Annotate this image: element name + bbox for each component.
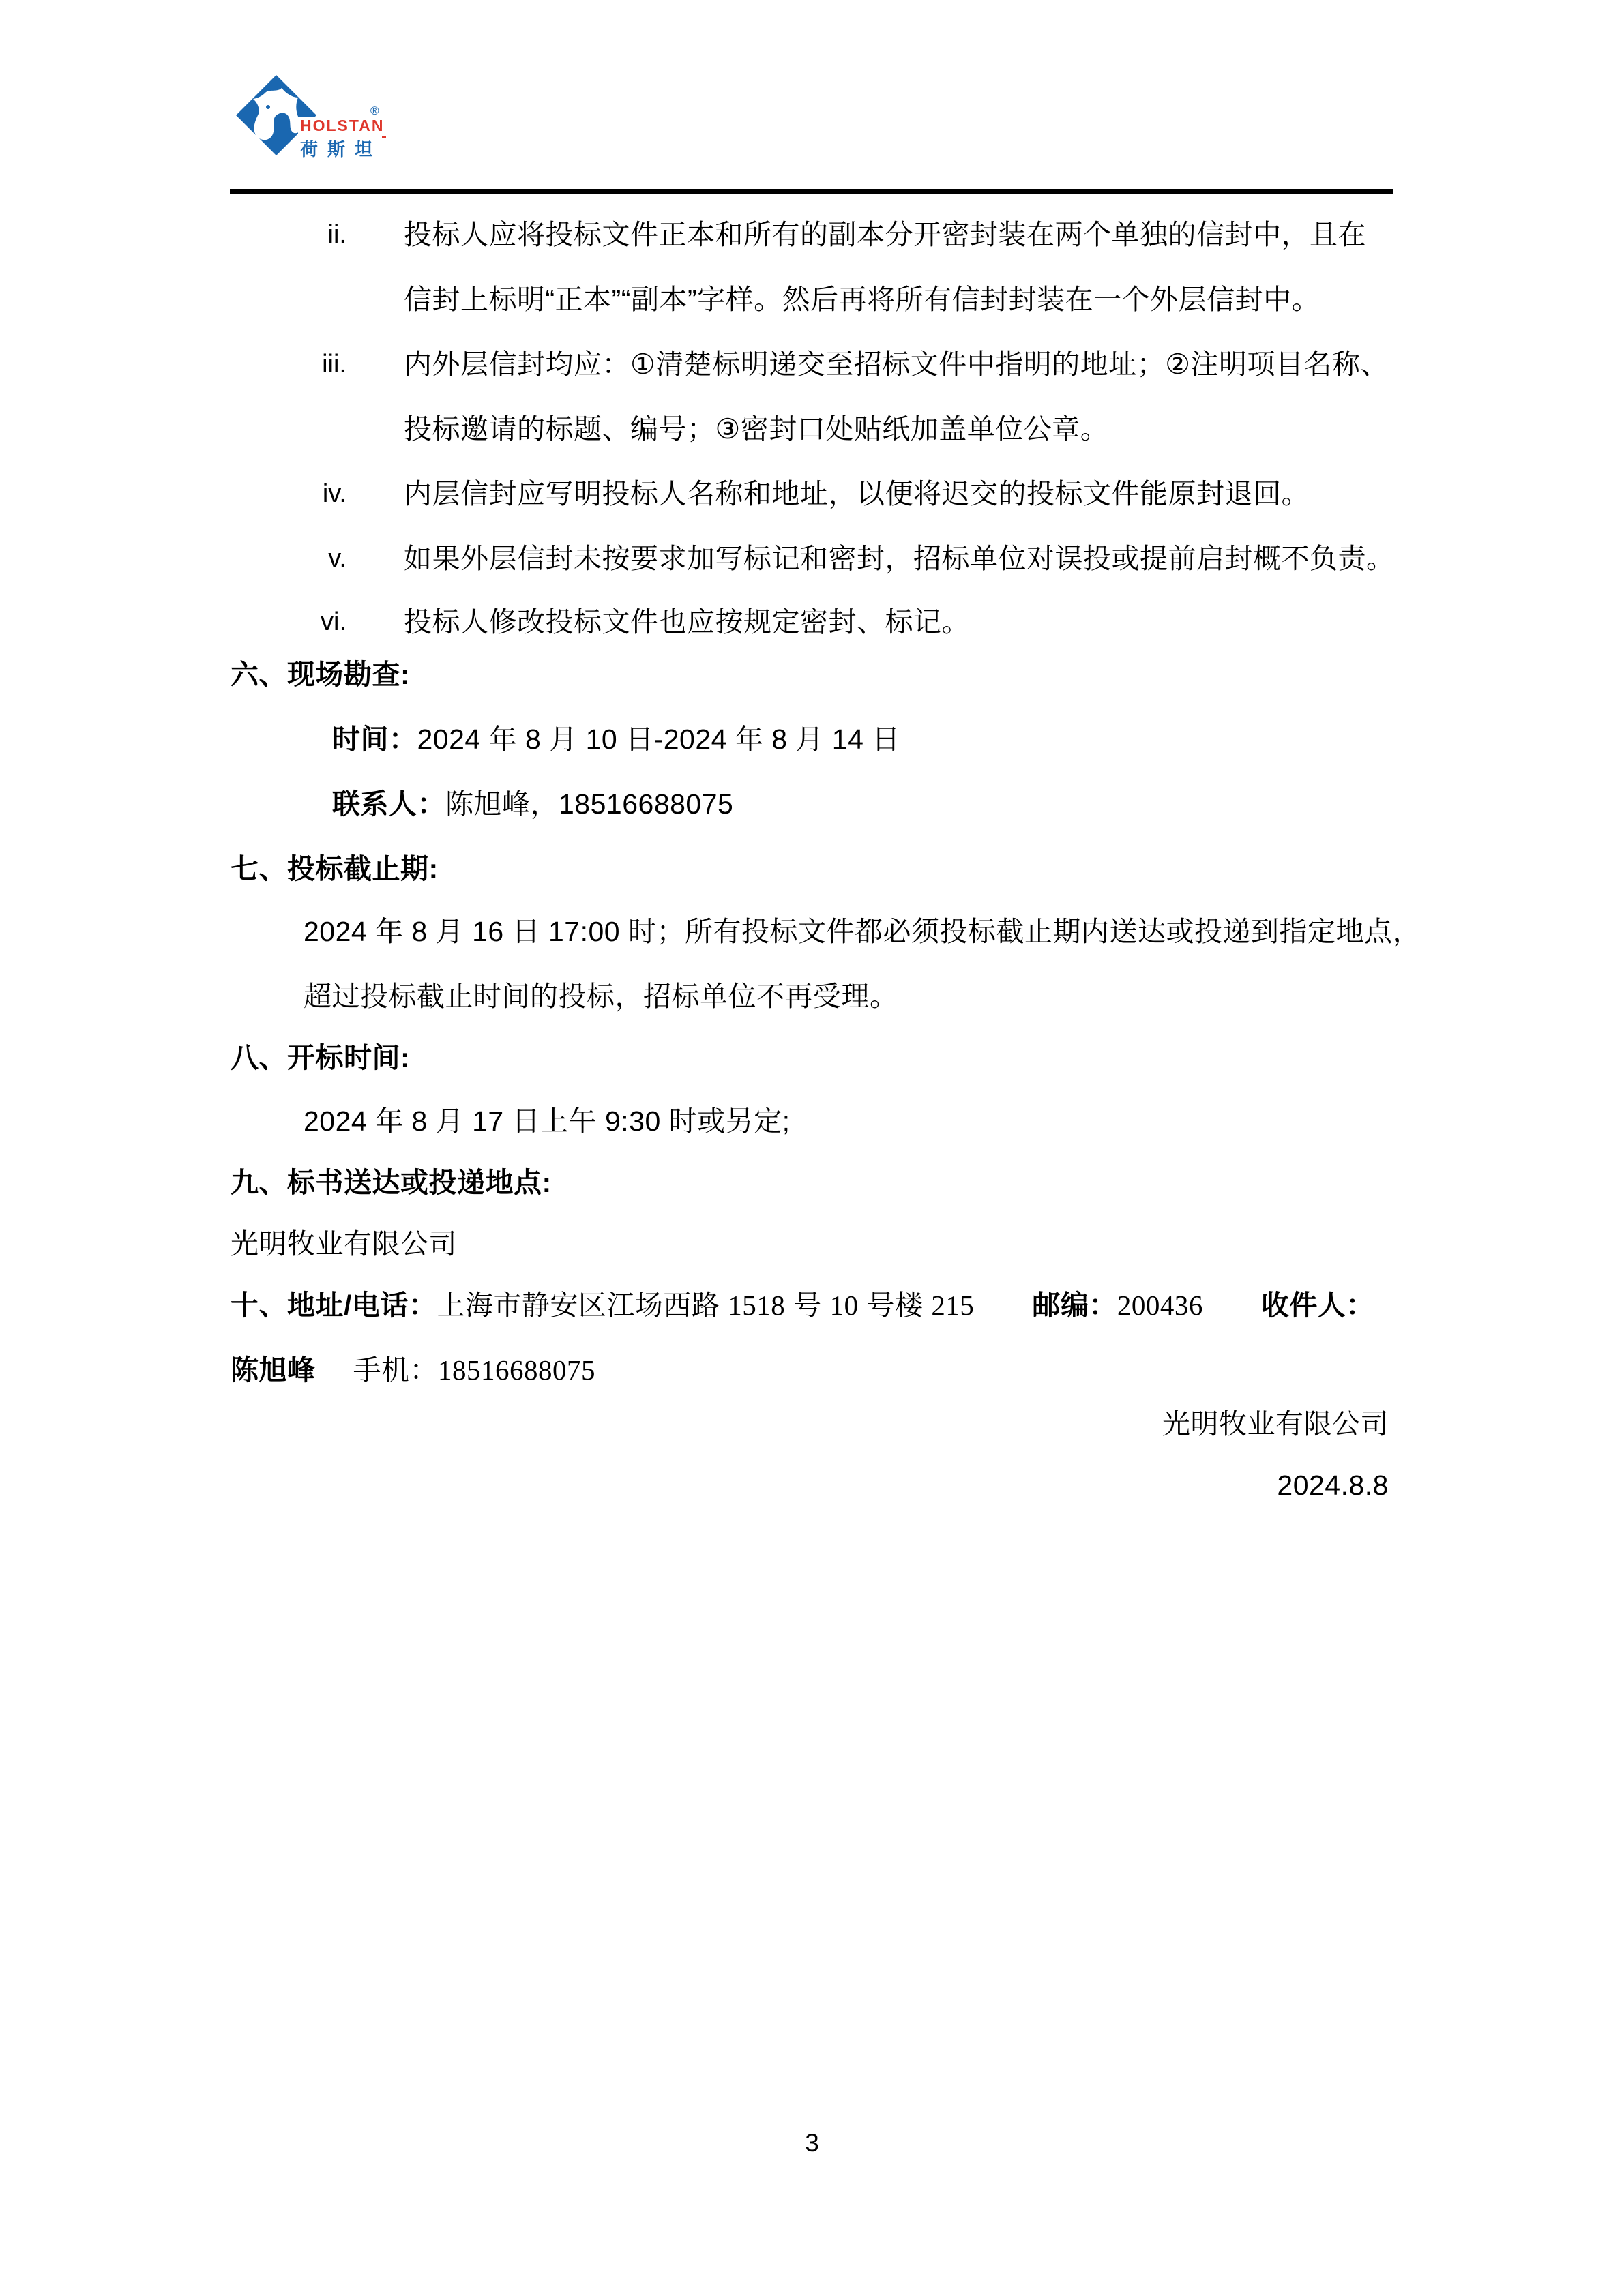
phone-label: 手机： [353,1354,439,1386]
time-value: 2024 年 8 月 10 日-2024 年 8 月 14 日 [417,724,900,755]
section7-line1: 2024 年 8 月 16 日 17:00 时；所有投标文件都必须投标截止期内送… [304,914,1421,949]
address-num1: 1518 [728,1289,785,1321]
section8-heading: 八、开标时间: [231,1040,410,1075]
phone-value: 18516688075 [438,1354,595,1386]
section10-address-line: 十、地址/电话：上海市静安区江场西路 1518 号 10 号楼 215邮编：20… [231,1287,1374,1323]
list-item-iv-line1: 内层信封应写明投标人名称和地址，以便将迟交的投标文件能原封退回。 [404,476,1310,511]
section9-company: 光明牧业有限公司 [231,1226,457,1262]
holstan-logo: ® HOLSTAN 荷斯坦 [234,73,411,162]
registered-trademark-icon: ® [370,104,379,118]
postcode-value: 200436 [1117,1289,1203,1321]
address-part2: 号 [785,1289,829,1321]
section10-heading: 十、地址/电话： [231,1289,437,1321]
list-item-iii-line2: 投标邀请的标题、编号；③密封口处贴纸加盖单位公章。 [404,411,1108,447]
list-item-v-line1: 如果外层信封未按要求加写标记和密封，招标单位对误投或提前启封概不负责。 [404,541,1395,576]
section6-heading: 六、现场勘查: [231,657,410,692]
address-part1: 上海市静安区江场西路 [437,1289,728,1321]
list-item-ii-line1: 投标人应将投标文件正本和所有的副本分开密封装在两个单独的信封中，且在 [404,217,1366,252]
list-item-vi-line1: 投标人修改投标文件也应按规定密封、标记。 [404,604,970,640]
section6-contact-line: 联系人：陈旭峰，18516688075 [332,786,733,822]
time-label: 时间： [332,724,417,755]
section8-line1: 2024 年 8 月 17 日上午 9:30 时或另定; [304,1103,791,1139]
list-marker-vi: vi. [270,604,346,640]
logo-brand-chinese: 荷斯坦 [298,136,382,161]
section10-recipient-line: 陈旭峰手机：18516688075 [231,1352,595,1388]
list-item-iii-line1: 内外层信封均应：①清楚标明递交至招标文件中指明的地址；②注明项目名称、 [404,346,1389,382]
section7-line2: 超过投标截止时间的投标，招标单位不再受理。 [304,979,898,1014]
section9-heading: 九、标书送达或投递地点: [231,1165,552,1200]
section6-time-line: 时间：2024 年 8 月 10 日-2024 年 8 月 14 日 [332,721,900,757]
section7-heading: 七、投标截止期: [231,851,439,886]
header-divider [230,189,1393,194]
page-number: 3 [0,2129,1624,2158]
list-marker-iii: iii. [270,346,346,382]
address-part3: 号楼 [859,1289,932,1321]
list-marker-ii: ii. [270,217,346,252]
address-num2: 10 [830,1289,859,1321]
recipient-label: 收件人： [1261,1289,1374,1321]
contact-value: 陈旭峰，18516688075 [445,788,733,820]
signature-date: 2024.8.8 [1277,1467,1389,1503]
address-num3: 215 [931,1289,974,1321]
document-page: ® HOLSTAN 荷斯坦 ii. 投标人应将投标文件正本和所有的副本分开密封装… [0,0,1624,2296]
recipient-name: 陈旭峰 [231,1354,316,1386]
list-marker-v: v. [270,541,346,576]
list-item-ii-line2: 信封上标明“正本”“副本”字样。然后再将所有信封封装在一个外层信封中。 [404,282,1320,317]
contact-label: 联系人： [332,788,445,820]
signature-company: 光明牧业有限公司 [1162,1406,1389,1442]
list-marker-iv: iv. [270,476,346,511]
postcode-label: 邮编： [1032,1289,1117,1321]
